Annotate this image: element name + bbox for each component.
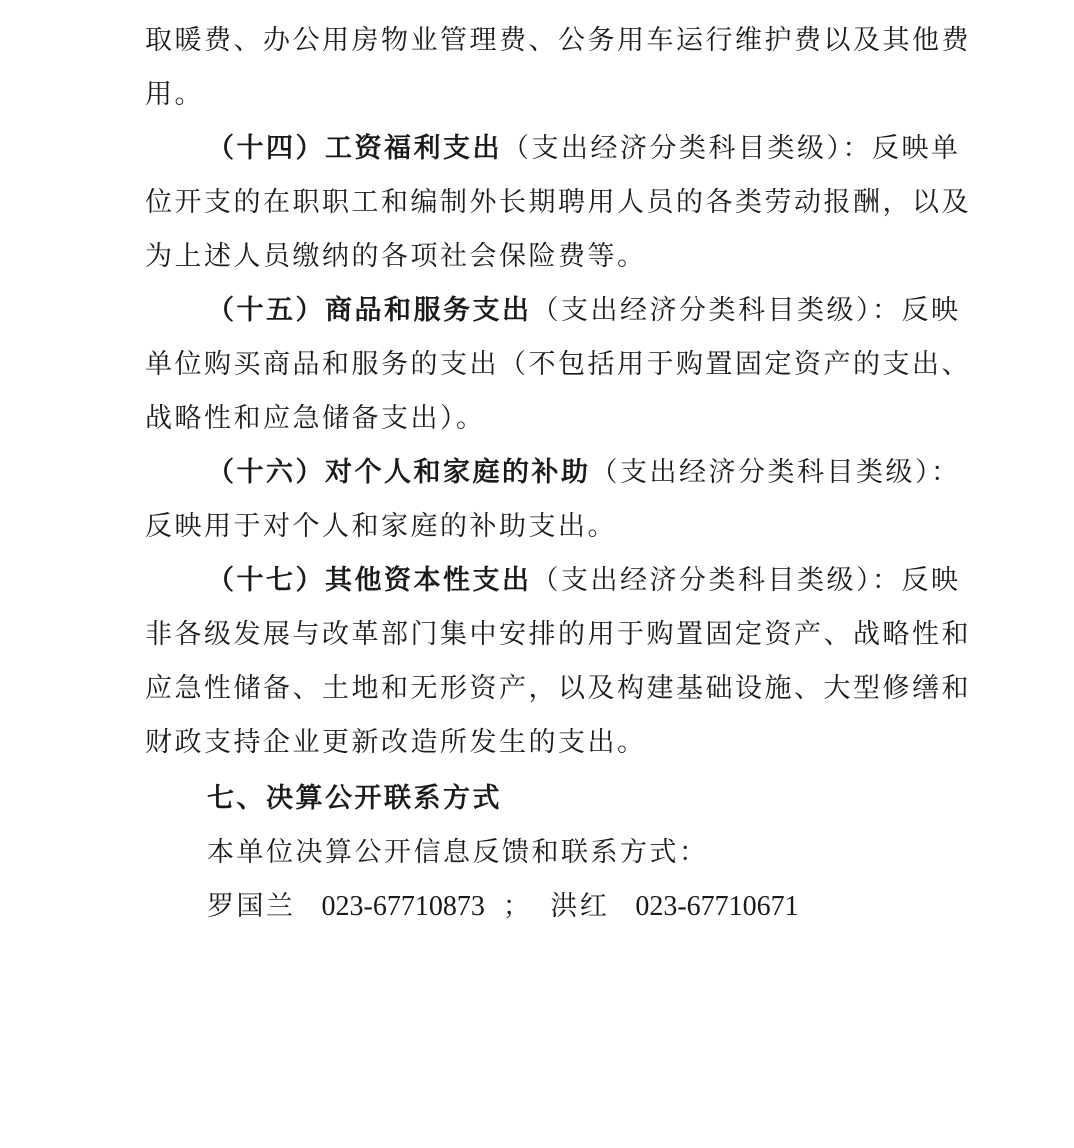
item-heading-14: （十四）工资福利支出（支出经济分类科目类级）：反映单 [207,122,961,176]
item-label: （十四）工资福利支出 [207,133,502,164]
item-label: （十六）对个人和家庭的补助 [207,457,591,488]
contact-separator: ； [503,891,533,922]
contact-name: 洪红 [550,891,609,922]
item-text: 反映单 [872,133,961,164]
item-qualifier: （支出经济分类科目类级）： [532,565,902,596]
item-text: 反映 [902,295,961,326]
paragraph-line: 战略性和应急储备支出）。 [145,392,486,446]
item-text: 反映 [902,565,961,596]
paragraph-line: 位开支的在职职工和编制外长期聘用人员的各类劳动报酬，以及 [145,176,971,230]
item-qualifier: （支出经济分类科目类级）： [532,295,902,326]
paragraph-line: 用。 [145,68,204,122]
paragraph-line: 为上述人员缴纳的各项社会保险费等。 [145,230,647,284]
item-label: （十七）其他资本性支出 [207,565,532,596]
item-label: （十五）商品和服务支出 [207,295,532,326]
item-heading-17: （十七）其他资本性支出（支出经济分类科目类级）：反映 [207,554,961,608]
contact-phone: 023-67710873 [322,891,485,922]
paragraph-line: 非各级发展与改革部门集中安排的用于购置固定资产、战略性和 [145,608,971,662]
paragraph-line: 应急性储备、土地和无形资产，以及构建基础设施、大型修缮和 [145,662,971,716]
contact-phone: 023-67710671 [635,891,798,922]
section-title: 七、决算公开联系方式 [207,772,502,826]
contact-line: 罗国兰023-67710873；洪红023-67710671 [207,880,799,934]
item-heading-15: （十五）商品和服务支出（支出经济分类科目类级）：反映 [207,284,961,338]
item-qualifier: （支出经济分类科目类级）： [502,133,872,164]
paragraph-line: 取暖费、办公用房物业管理费、公务用车运行维护费以及其他费 [145,14,971,68]
item-qualifier: （支出经济分类科目类级）： [591,457,961,488]
paragraph-line: 反映用于对个人和家庭的补助支出。 [145,500,617,554]
paragraph-line: 财政支持企业更新改造所发生的支出。 [145,716,647,770]
item-heading-16: （十六）对个人和家庭的补助（支出经济分类科目类级）： [207,446,961,500]
paragraph-line: 单位购买商品和服务的支出（不包括用于购置固定资产的支出、 [145,338,971,392]
contact-name: 罗国兰 [207,891,296,922]
contact-intro: 本单位决算公开信息反馈和联系方式： [207,826,709,880]
